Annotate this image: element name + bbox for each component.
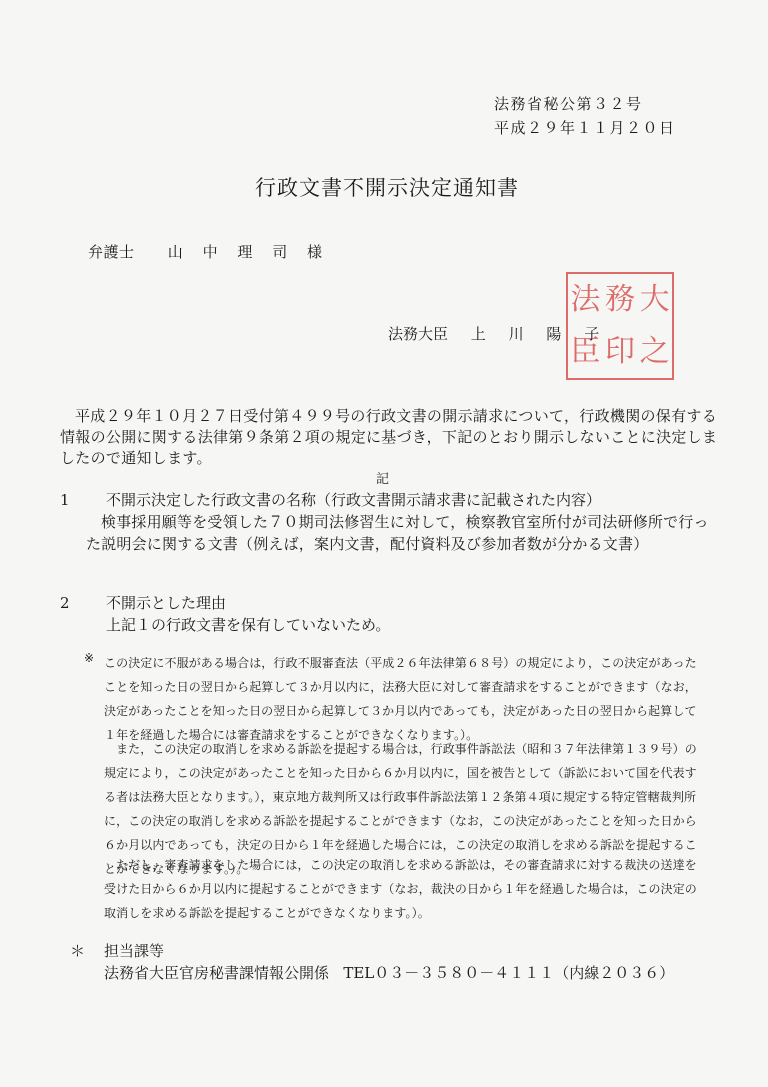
ki-label: 記 [376,468,389,487]
note-paragraph-proviso: ただし，審査請求をした場合には，この決定の取消しを求める訴訟は，その審査請求に対… [104,853,704,925]
note-paragraph-appeal: この決定に不服がある場合は，行政不服審査法（平成２６年法律第６８号）の規定により… [104,651,704,747]
sender-name-char: 川 [509,325,524,343]
item-content: 上記１の行政文書を保有していないため。 [60,614,720,636]
item-heading: 1不開示決定した行政文書の名称（行政文書開示請求書に記載された内容） [60,489,720,511]
sender-name-char: 陽 [546,325,561,343]
intro-paragraph: 平成２９年１０月２７日受付第４９９号の行政文書の開示請求について，行政機関の保有… [60,406,720,469]
sender: 法務大臣 上 川 陽 子 [388,323,599,344]
document-title: 行政文書不開示決定通知書 [255,172,519,202]
item-heading-text: 不開示とした理由 [106,594,226,612]
addressee-name-char: 理 [237,243,253,261]
seal-char: 法 [568,274,603,326]
contact-section: ＊担当課等 法務省大臣官房秘書課情報公開係 TEL０３－３５８０－４１１１（内線… [70,940,674,984]
sender-name-char: 上 [471,325,486,343]
seal-char: 大 [637,274,672,326]
addressee: 弁護士 山 中 理 司 様 [88,241,323,262]
seal-char: 務 [603,274,638,326]
addressee-name-char: 山 [168,243,184,261]
addressee-role: 弁護士 [88,243,135,261]
item-heading: 2不開示とした理由 [60,592,720,614]
addressee-honorific: 様 [307,243,323,261]
sender-title: 法務大臣 [388,325,448,343]
document-date: 平成２９年１１月２０日 [494,116,676,140]
item-heading-text: 不開示決定した行政文書の名称（行政文書開示請求書に記載された内容） [106,491,601,509]
note-mark: ※ [84,651,94,665]
item-content: 検事採用願等を受領した７０期司法修習生に対して，検察教官室所付が司法研修所で行っ… [60,511,720,555]
contact-tel: TEL０３－３５８０－４１１１（内線２０３６） [343,964,674,982]
contact-mark: ＊ [70,940,104,962]
item-2: 2不開示とした理由 上記１の行政文書を保有していないため。 [60,592,720,636]
contact-label: 担当課等 [104,942,164,960]
document-header: 法務省秘公第３２号 平成２９年１１月２０日 [494,92,676,140]
contact-department: 法務省大臣官房秘書課情報公開係 [104,964,329,982]
document-page: 法務省秘公第３２号 平成２９年１１月２０日 行政文書不開示決定通知書 弁護士 山… [0,0,768,1087]
addressee-name-char: 中 [203,243,219,261]
item-number: 2 [60,592,106,614]
seal-char: 之 [637,326,672,378]
document-number: 法務省秘公第３２号 [494,92,676,116]
item-number: 1 [60,489,106,511]
seal-char: 印 [603,326,638,378]
sender-name-char: 子 [584,325,599,343]
item-1: 1不開示決定した行政文書の名称（行政文書開示請求書に記載された内容） 検事採用願… [60,489,720,555]
addressee-name-char: 司 [272,243,288,261]
